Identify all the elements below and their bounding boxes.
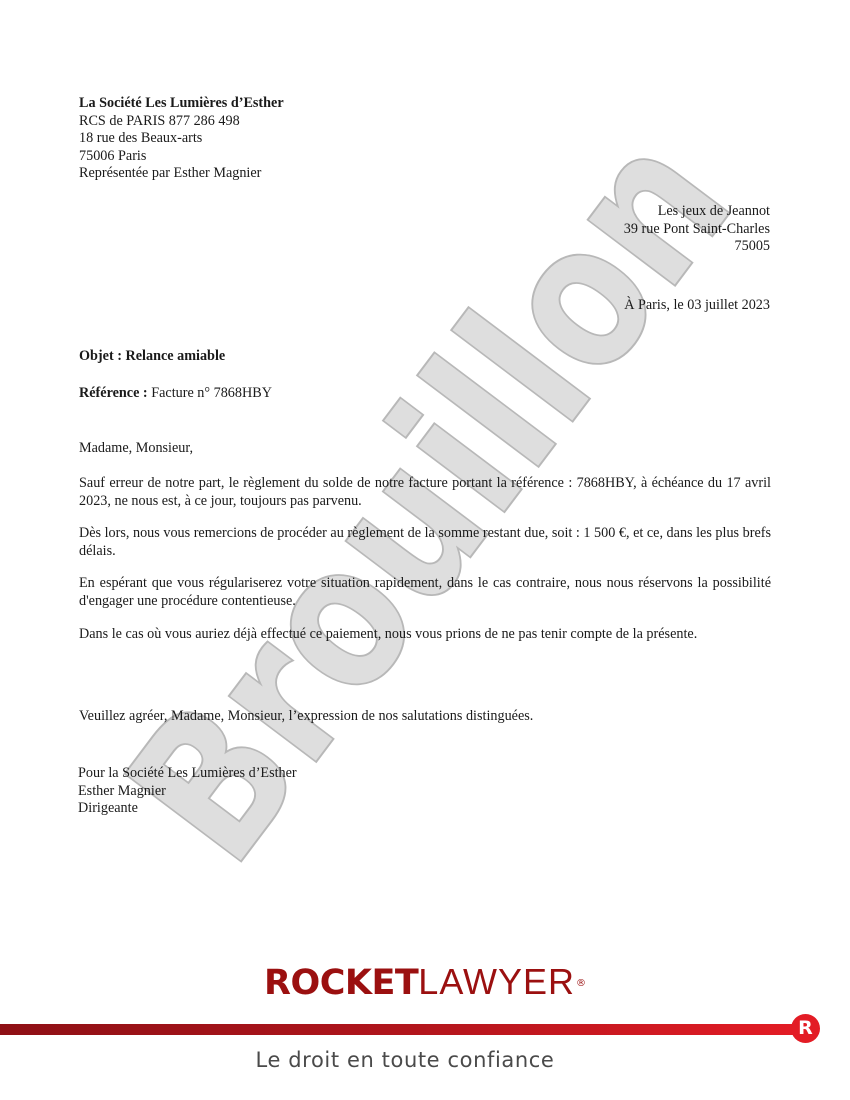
sender-representative: Représentée par Esther Magnier [79, 165, 284, 183]
body-paragraph: Dès lors, nous vous remercions de procéd… [79, 525, 771, 560]
body-paragraph: Dans le cas où vous auriez déjà effectué… [79, 626, 771, 644]
letter-content: La Société Les Lumières d’Esther RCS de … [0, 0, 850, 1100]
sender-street: 18 rue des Beaux-arts [79, 130, 284, 148]
signature-name: Esther Magnier [78, 783, 297, 801]
body-paragraph: En espérant que vous régulariserez votre… [79, 575, 771, 610]
recipient-postcode: 75005 [624, 238, 770, 256]
letter-salutation: Madame, Monsieur, [79, 440, 193, 458]
signature-title: Dirigeante [78, 800, 297, 818]
sender-rcs: RCS de PARIS 877 286 498 [79, 113, 284, 131]
reference-value: Facture n° 7868HBY [148, 385, 272, 401]
letter-body: Sauf erreur de notre part, le règlement … [79, 475, 771, 658]
letter-date: À Paris, le 03 juillet 2023 [624, 297, 770, 315]
sender-city: 75006 Paris [79, 148, 284, 166]
letter-page: Brouillon La Société Les Lumières d’Esth… [0, 0, 850, 1100]
recipient-street: 39 rue Pont Saint-Charles [624, 221, 770, 239]
recipient-block: Les jeux de Jeannot 39 rue Pont Saint-Ch… [624, 203, 770, 256]
sender-company: La Société Les Lumières d’Esther [79, 95, 284, 113]
sender-block: La Société Les Lumières d’Esther RCS de … [79, 95, 284, 183]
letter-subject: Objet : Relance amiable [79, 348, 225, 366]
recipient-name: Les jeux de Jeannot [624, 203, 770, 221]
signature-block: Pour la Société Les Lumières d’Esther Es… [78, 765, 297, 818]
body-paragraph: Sauf erreur de notre part, le règlement … [79, 475, 771, 510]
letter-reference: Référence : Facture n° 7868HBY [79, 385, 272, 403]
signature-line: Pour la Société Les Lumières d’Esther [78, 765, 297, 783]
letter-closing: Veuillez agréer, Madame, Monsieur, l’exp… [79, 708, 533, 726]
reference-label: Référence : [79, 385, 148, 401]
